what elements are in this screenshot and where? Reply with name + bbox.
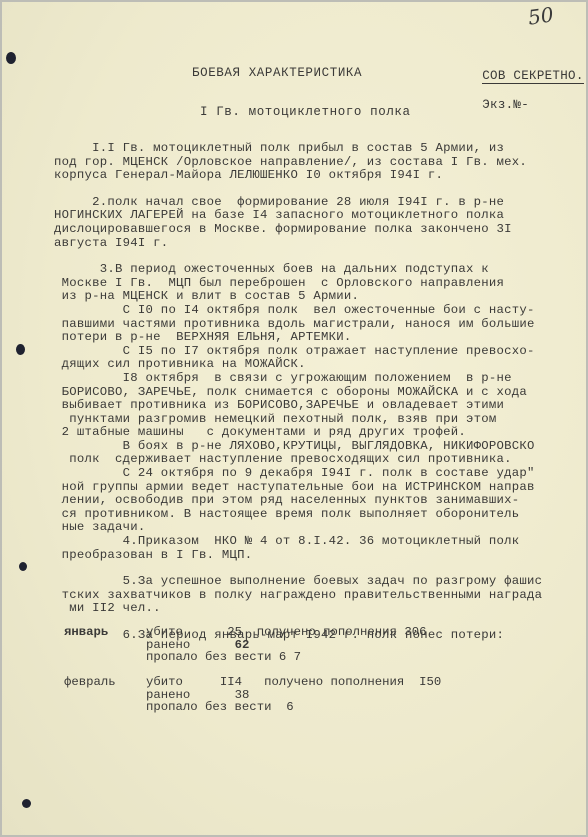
binder-hole-mark [16, 344, 25, 355]
text-line: августа I94I г. [54, 237, 584, 251]
text-line: ные задачи. [54, 521, 584, 535]
document-body: I.I Гв. мотоциклетный полк прибыл в сост… [54, 142, 584, 643]
loss-month: январь [64, 626, 134, 639]
text-line: ной группы армии ведет наступательные бо… [54, 481, 584, 495]
text-line: Москве I Гв. МЦП был переброшен с Орловс… [54, 277, 584, 291]
text-line: БОРИСОВО, ЗАРЕЧЬЕ, полк снимается с обор… [54, 386, 584, 400]
text-line: павшими частями противника вдоль магистр… [54, 318, 584, 332]
text-line: дящих сил противника на МОЖАЙСК. [54, 358, 584, 372]
handwritten-page-number: 50 [526, 2, 555, 29]
text-line: дислоцировавшегося в Москве. формировани… [54, 223, 584, 237]
text-line: полк сдерживает наступление превосходящи… [54, 453, 584, 467]
loss-month: февраль [64, 676, 134, 689]
classification-level: СОВ СЕКРЕТНО. [482, 69, 583, 84]
text-line: преобразован в I Гв. МЦП. [54, 549, 584, 563]
text-line: пунктами разгромив немецкий пехотный пол… [54, 413, 584, 427]
text-line: выбивает противника из БОРИСОВО,ЗАРЕЧЬЕ … [54, 399, 584, 413]
binder-hole-mark [6, 52, 16, 64]
classification-stamp: СОВ СЕКРЕТНО. Экз.№- [451, 55, 584, 126]
missing-value: 6 7 [279, 650, 301, 664]
text-line: корпуса Генерал-Майора ЛЕЛЮШЕНКО I0 октя… [54, 169, 584, 183]
loss-lines: убито II4 получено пополнения I50 ранено… [146, 676, 441, 714]
text-line: потери в р-не ВЕРХНЯЯ ЕЛЬНЯ, АРТЕМКИ. [54, 331, 584, 345]
text-line: 4.Приказом НКО № 4 от 8.I.42. 36 мотоцик… [54, 535, 584, 549]
text-line: под гор. МЦЕНСК /Орловское направление/,… [54, 156, 584, 170]
text-line: 5.За успешное выполнение боевых задач по… [54, 575, 584, 589]
reinforcement-value: 306 [404, 625, 426, 639]
document-subtitle: I Гв. мотоциклетного полка [200, 105, 411, 119]
text-line: тских захватчиков в полку награждено пра… [54, 589, 584, 603]
text-line: ми II2 чел.. [54, 602, 584, 616]
text-line: С I0 по I4 октября полк вел ожесточенные… [54, 304, 584, 318]
binder-hole-mark [22, 799, 31, 808]
paragraph-gap [54, 183, 584, 196]
reinforcement-value: I50 [419, 675, 441, 689]
loss-lines: убито 25 получено пополнения 306 ранено … [146, 626, 426, 664]
text-line: 3.В период ожесточенных боев на дальних … [54, 263, 584, 277]
binder-hole-mark [19, 562, 27, 571]
text-line: из р-на МЦЕНСК и влит в состав 5 Армии. [54, 290, 584, 304]
missing-value: 6 [286, 700, 293, 714]
document-title: БОЕВАЯ ХАРАКТЕРИСТИКА [192, 66, 362, 80]
text-line: I.I Гв. мотоциклетный полк прибыл в сост… [54, 142, 584, 156]
text-line: I8 октября в связи с угрожающим положени… [54, 372, 584, 386]
text-line: 2 штабные машины с документами и ряд дру… [54, 426, 584, 440]
text-line: лении, освободив при этом ряд населенных… [54, 494, 584, 508]
text-line: С 24 октября по 9 декабря I94I г. полк в… [54, 467, 584, 481]
document-page: 50 БОЕВАЯ ХАРАКТЕРИСТИКА СОВ СЕКРЕТНО. Э… [0, 0, 588, 837]
text-line: В боях в р-не ЛЯХОВО,КРУТИЦЫ, ВЫГЛЯДОВКА… [54, 440, 584, 454]
text-line: НОГИНСКИХ ЛАГЕРЕЙ на базе I4 запасного м… [54, 209, 584, 223]
copy-number: Экз.№- [482, 98, 529, 112]
text-line: ся противником. В настоящее время полк в… [54, 508, 584, 522]
